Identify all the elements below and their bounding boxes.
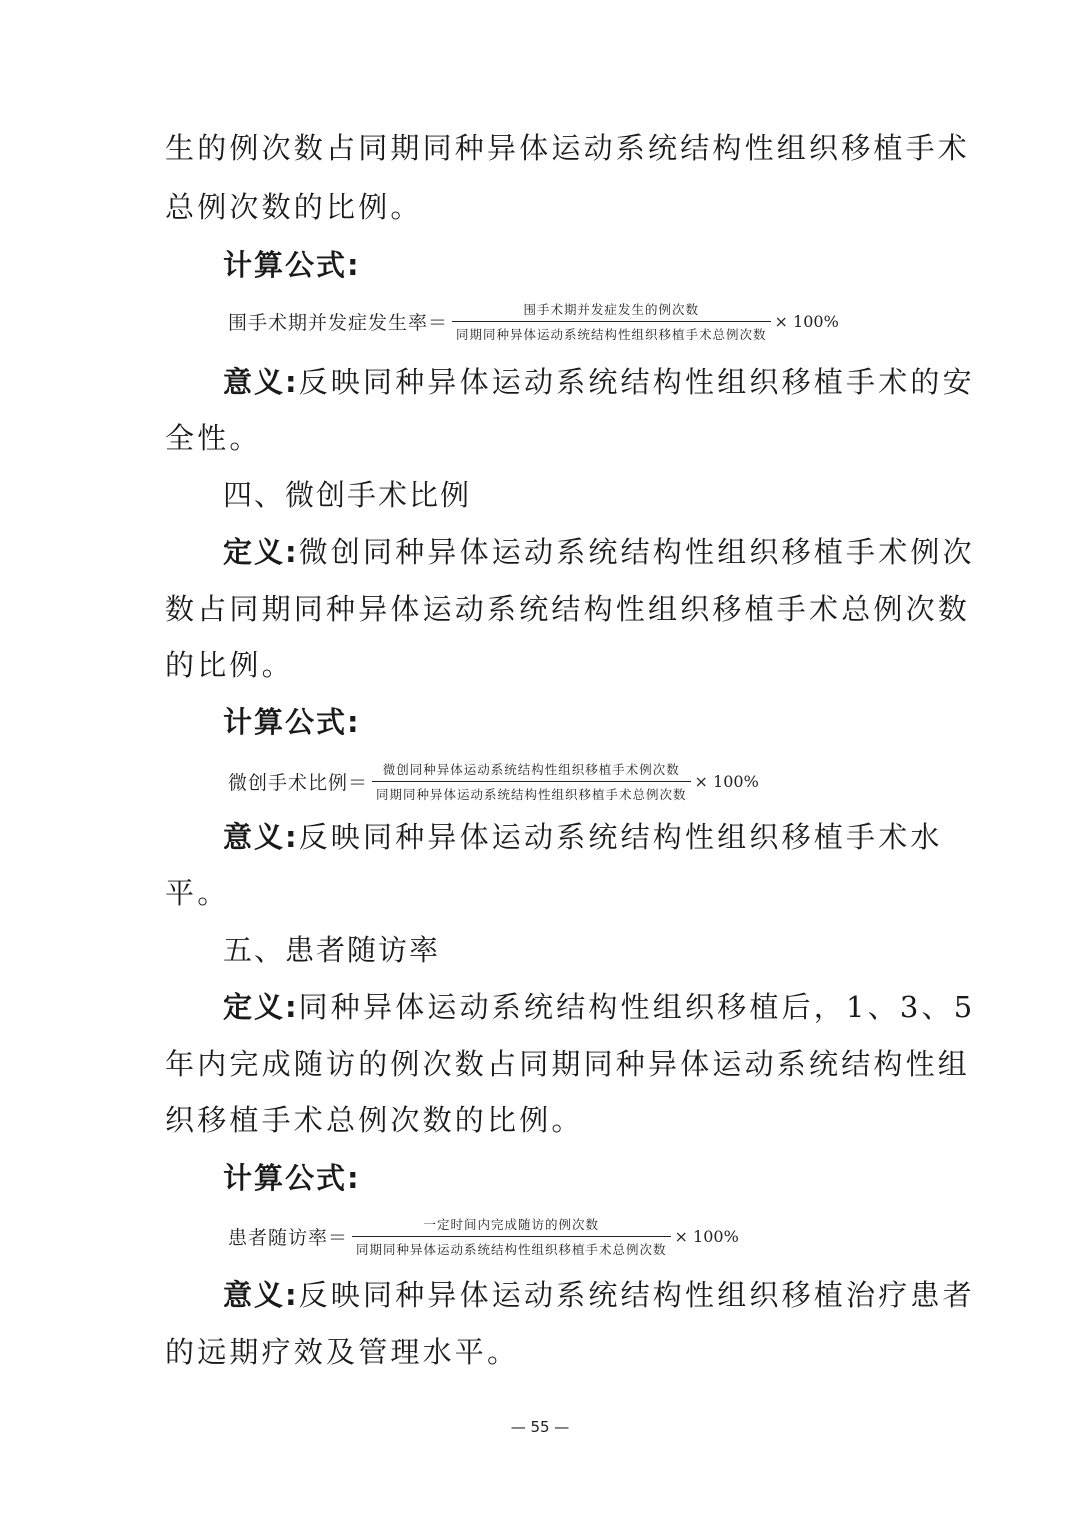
meaning-text: 反映同种异体运动系统结构性组织移植手术水 — [299, 820, 943, 854]
meaning-label: 意义: — [223, 820, 299, 854]
formula-denominator: 同期同种异体运动系统结构性组织移植手术总例次数 — [372, 781, 691, 803]
meaning-2-line-2: 平。 — [165, 873, 229, 913]
definition-5-line-1: 定义:同种异体运动系统结构性组织移植后，1、3、5 — [223, 987, 975, 1027]
section-5-heading: 五、患者随访率 — [223, 930, 440, 970]
meaning-label: 意义: — [223, 1278, 299, 1312]
definition-4-line-1: 定义:微创同种异体运动系统结构性组织移植手术例次 — [223, 532, 975, 572]
formula-fraction: 一定时间内完成随访的例次数 同期同种异体运动系统结构性组织移植手术总例次数 — [352, 1215, 671, 1258]
meaning-2-line-1: 意义:反映同种异体运动系统结构性组织移植手术水 — [223, 817, 943, 857]
formula-complication-rate: 围手术期并发症发生率＝ 围手术期并发症发生的例次数 同期同种异体运动系统结构性组… — [228, 300, 839, 343]
definition-4-line-2: 数占同期同种异体运动系统结构性组织移植手术总例次数 — [165, 589, 970, 629]
meaning-3-line-1: 意义:反映同种异体运动系统结构性组织移植治疗患者 — [223, 1275, 975, 1315]
formula-numerator: 围手术期并发症发生的例次数 — [520, 300, 704, 321]
meaning-label: 意义: — [223, 365, 299, 399]
formula-multiplier: × 100% — [675, 1227, 739, 1246]
section-4-heading: 四、微创手术比例 — [223, 475, 471, 515]
meaning-text: 反映同种异体运动系统结构性组织移植手术的安 — [299, 365, 975, 399]
formula-label-3: 计算公式: — [223, 1158, 361, 1198]
formula-denominator: 同期同种异体运动系统结构性组织移植手术总例次数 — [452, 321, 771, 343]
formula-multiplier: × 100% — [695, 772, 759, 791]
formula-label-2: 计算公式: — [223, 702, 361, 742]
meaning-3-line-2: 的远期疗效及管理水平。 — [165, 1332, 519, 1372]
intro-line-1: 生的例次数占同期同种异体运动系统结构性组织移植手术 — [165, 128, 970, 168]
formula-multiplier: × 100% — [775, 312, 839, 331]
meaning-1-line-2: 全性。 — [165, 418, 262, 458]
formula-numerator: 一定时间内完成随访的例次数 — [420, 1215, 604, 1236]
formula-fraction: 微创同种异体运动系统结构性组织移植手术例次数 同期同种异体运动系统结构性组织移植… — [372, 760, 691, 803]
definition-label: 定义: — [223, 535, 299, 569]
meaning-text: 反映同种异体运动系统结构性组织移植治疗患者 — [299, 1278, 975, 1312]
formula-fraction: 围手术期并发症发生的例次数 同期同种异体运动系统结构性组织移植手术总例次数 — [452, 300, 771, 343]
definition-text: 微创同种异体运动系统结构性组织移植手术例次 — [299, 535, 975, 569]
formula-follow-up-rate: 患者随访率＝ 一定时间内完成随访的例次数 同期同种异体运动系统结构性组织移植手术… — [228, 1215, 739, 1258]
meaning-1-line-1: 意义:反映同种异体运动系统结构性组织移植手术的安 — [223, 362, 975, 402]
definition-5-line-2: 年内完成随访的例次数占同期同种异体运动系统结构性组 — [165, 1044, 970, 1084]
formula-lhs: 患者随访率＝ — [228, 1223, 348, 1250]
page-number: — 55 — — [0, 1418, 1080, 1436]
formula-denominator: 同期同种异体运动系统结构性组织移植手术总例次数 — [352, 1236, 671, 1258]
formula-minimally-invasive-ratio: 微创手术比例＝ 微创同种异体运动系统结构性组织移植手术例次数 同期同种异体运动系… — [228, 760, 759, 803]
formula-lhs: 围手术期并发症发生率＝ — [228, 308, 448, 335]
intro-line-2: 总例次数的比例。 — [165, 187, 423, 227]
definition-4-line-3: 的比例。 — [165, 645, 294, 685]
definition-text: 同种异体运动系统结构性组织移植后，1、3、5 — [299, 990, 976, 1024]
formula-label-1: 计算公式: — [223, 245, 361, 285]
definition-label: 定义: — [223, 990, 299, 1024]
formula-numerator: 微创同种异体运动系统结构性组织移植手术例次数 — [379, 760, 684, 781]
definition-5-line-3: 织移植手术总例次数的比例。 — [165, 1100, 584, 1140]
formula-lhs: 微创手术比例＝ — [228, 768, 368, 795]
